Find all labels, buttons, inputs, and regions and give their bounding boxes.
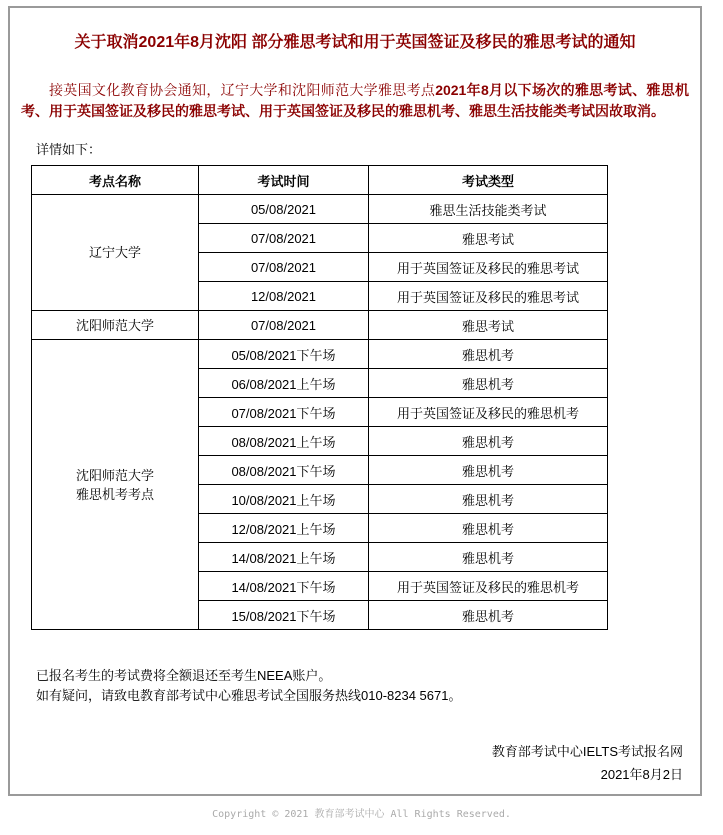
signoff-block: 教育部考试中心IELTS考试报名网 2021年8月2日 <box>21 740 689 786</box>
table-row: 沈阳师范大学07/08/2021雅思考试 <box>32 311 608 340</box>
type-cell: 雅思机考 <box>369 601 608 630</box>
notice-box: 关于取消2021年8月沈阳 部分雅思考试和用于英国签证及移民的雅思考试的通知 接… <box>8 6 702 796</box>
time-cell: 12/08/2021上午场 <box>199 514 369 543</box>
time-cell: 15/08/2021下午场 <box>199 601 369 630</box>
type-cell: 用于英国签证及移民的雅思机考 <box>369 572 608 601</box>
time-cell: 07/08/2021 <box>199 253 369 282</box>
time-cell: 14/08/2021下午场 <box>199 572 369 601</box>
signature-line: 教育部考试中心IELTS考试报名网 <box>21 740 683 763</box>
time-cell: 07/08/2021 <box>199 311 369 340</box>
venue-line: 沈阳师范大学 <box>32 466 198 485</box>
type-cell: 用于英国签证及移民的雅思机考 <box>369 398 608 427</box>
time-cell: 08/08/2021下午场 <box>199 456 369 485</box>
time-cell: 14/08/2021上午场 <box>199 543 369 572</box>
type-cell: 雅思机考 <box>369 456 608 485</box>
notice-page: { "page": { "title": "关于取消2021年8月沈阳 部分雅思… <box>0 0 723 835</box>
table-header-row: 考点名称 考试时间 考试类型 <box>32 166 608 195</box>
type-cell: 雅思机考 <box>369 427 608 456</box>
time-cell: 05/08/2021下午场 <box>199 340 369 369</box>
venue-line: 沈阳师范大学 <box>32 316 198 335</box>
table-row: 沈阳师范大学雅思机考考点05/08/2021下午场雅思机考 <box>32 340 608 369</box>
header-time: 考试时间 <box>199 166 369 195</box>
venue-line: 辽宁大学 <box>32 243 198 262</box>
venue-cell: 沈阳师范大学雅思机考考点 <box>32 340 199 630</box>
venue-cell: 辽宁大学 <box>32 195 199 311</box>
refund-note: 已报名考生的考试费将全额退还至考生NEEA账户。 <box>36 666 689 686</box>
type-cell: 雅思考试 <box>369 311 608 340</box>
time-cell: 06/08/2021上午场 <box>199 369 369 398</box>
type-cell: 雅思机考 <box>369 369 608 398</box>
signoff-date: 2021年8月2日 <box>21 763 683 786</box>
time-cell: 07/08/2021 <box>199 224 369 253</box>
details-label: 详情如下： <box>36 139 689 158</box>
venue-line: 雅思机考考点 <box>32 485 198 504</box>
intro-text-regular: 接英国文化教育协会通知，辽宁大学和沈阳师范大学雅思考点 <box>49 82 435 98</box>
contact-note: 如有疑问，请致电教育部考试中心雅思考试全国服务热线010-8234 5671。 <box>36 686 689 706</box>
page-title: 关于取消2021年8月沈阳 部分雅思考试和用于英国签证及移民的雅思考试的通知 <box>21 32 689 54</box>
type-cell: 用于英国签证及移民的雅思考试 <box>369 253 608 282</box>
type-cell: 雅思机考 <box>369 543 608 572</box>
copyright-line: Copyright © 2021 教育部考试中心 All Rights Rese… <box>0 805 723 820</box>
type-cell: 雅思考试 <box>369 224 608 253</box>
footer-notes: 已报名考生的考试费将全额退还至考生NEEA账户。 如有疑问，请致电教育部考试中心… <box>36 666 689 706</box>
intro-paragraph: 接英国文化教育协会通知，辽宁大学和沈阳师范大学雅思考点2021年8月以下场次的雅… <box>21 80 689 122</box>
exam-cancellation-table: 考点名称 考试时间 考试类型 辽宁大学05/08/2021雅思生活技能类考试07… <box>31 165 608 630</box>
time-cell: 08/08/2021上午场 <box>199 427 369 456</box>
time-cell: 10/08/2021上午场 <box>199 485 369 514</box>
type-cell: 雅思机考 <box>369 514 608 543</box>
venue-cell: 沈阳师范大学 <box>32 311 199 340</box>
table-row: 辽宁大学05/08/2021雅思生活技能类考试 <box>32 195 608 224</box>
type-cell: 雅思机考 <box>369 485 608 514</box>
time-cell: 07/08/2021下午场 <box>199 398 369 427</box>
header-type: 考试类型 <box>369 166 608 195</box>
time-cell: 05/08/2021 <box>199 195 369 224</box>
type-cell: 雅思生活技能类考试 <box>369 195 608 224</box>
table-body: 辽宁大学05/08/2021雅思生活技能类考试07/08/2021雅思考试07/… <box>32 195 608 630</box>
time-cell: 12/08/2021 <box>199 282 369 311</box>
type-cell: 雅思机考 <box>369 340 608 369</box>
type-cell: 用于英国签证及移民的雅思考试 <box>369 282 608 311</box>
header-venue: 考点名称 <box>32 166 199 195</box>
